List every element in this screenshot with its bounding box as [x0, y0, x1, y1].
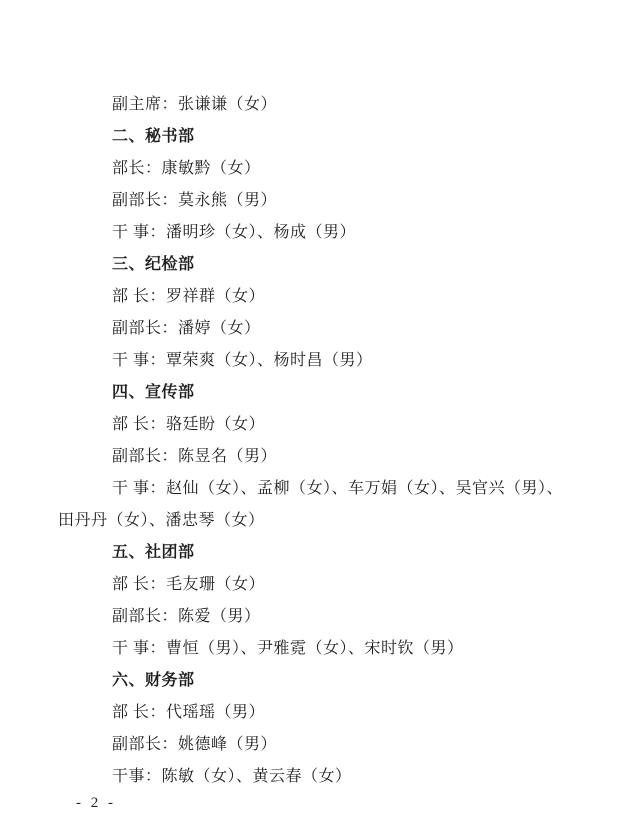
roster-line-minister: 部 长：罗祥群（女） — [58, 281, 603, 313]
document-body: 副主席：张谦谦（女） 二、秘书部 部长：康敏黔（女） 副部长：莫永熊（男） 干 … — [58, 89, 603, 793]
roster-line-vice-minister: 副部长：陈爱（男） — [58, 601, 603, 633]
roster-line-minister: 部 长：代瑶瑶（男） — [58, 697, 603, 729]
roster-line-minister: 部长：康敏黔（女） — [58, 153, 603, 185]
roster-line-vice-minister: 副部长：陈昱名（男） — [58, 441, 603, 473]
section-heading-secretariat: 二、秘书部 — [58, 121, 603, 153]
section-heading-discipline: 三、纪检部 — [58, 249, 603, 281]
roster-line-vice-minister: 副部长：姚德峰（男） — [58, 729, 603, 761]
roster-line-staff: 干 事：潘明珍（女）、杨成（男） — [58, 217, 603, 249]
roster-line-vice-chairman: 副主席：张谦谦（女） — [58, 89, 603, 121]
roster-line-minister: 部 长：毛友珊（女） — [58, 569, 603, 601]
roster-line-minister: 部 长：骆廷盼（女） — [58, 409, 603, 441]
roster-line-staff: 干 事：覃荣爽（女）、杨时昌（男） — [58, 345, 603, 377]
section-heading-clubs: 五、社团部 — [58, 537, 603, 569]
roster-line-staff: 干 事：曹恒（男）、尹雅霓（女）、宋时钦（男） — [58, 633, 603, 665]
roster-line-staff: 干事：陈敏（女）、黄云春（女） — [58, 761, 603, 793]
roster-line-vice-minister: 副部长：莫永熊（男） — [58, 185, 603, 217]
roster-line-vice-minister: 副部长：潘婷（女） — [58, 313, 603, 345]
page-number: - 2 - — [76, 795, 116, 812]
section-heading-finance: 六、财务部 — [58, 665, 603, 697]
roster-line-staff-continued: 田丹丹（女）、潘忠琴（女） — [58, 505, 603, 537]
document-page: 副主席：张谦谦（女） 二、秘书部 部长：康敏黔（女） 副部长：莫永熊（男） 干 … — [0, 0, 633, 840]
roster-line-staff: 干 事：赵仙（女）、孟柳（女）、车万娟（女）、吴官兴（男）、 — [58, 473, 603, 505]
section-heading-publicity: 四、宣传部 — [58, 377, 603, 409]
